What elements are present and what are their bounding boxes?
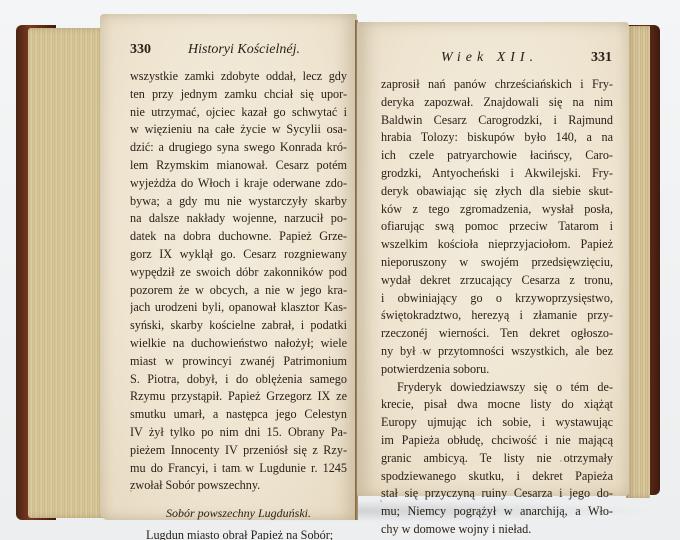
page-number-right: 331 [591,50,612,66]
text-line: smutku umarł, a następca jego Celestyn [130,406,347,424]
paper-speck [420,352,422,354]
text-line: Europy ujmując ich sobie, i wystawując [381,414,613,432]
text-line: ny był w przytomności wszystkich, ale be… [381,343,613,361]
text-line: ków z tego zgromadzenia, wysłał posła, [381,201,613,219]
text-line: chy w domowe wojny i nieład. [381,521,613,539]
text-line: nie utrzymać, ojciec kazał go schwytać i [130,104,347,122]
left-page-header: 330 Historyi Kościelnéj. [130,42,357,62]
text-line: świętokradztwo, herezyą i złamanie przy- [381,307,613,325]
page-edges-right [626,26,650,498]
text-line: gorz IX wyklął go. Cesarz rozgniewany [130,246,347,264]
text-line: wszystkie zamki zdobyte oddał, lecz gdy [130,68,347,86]
text-line: grodzki, Antyocheński i Akwilejski. Fry- [381,165,613,183]
book-photo: 330 Historyi Kościelnéj. wszystkie zamki… [0,0,680,540]
page-number-left: 330 [130,42,151,58]
text-line: wielkie na duchowieństwo nałożył; wiele [130,335,347,353]
text-line: rzeczonéj wierności. Ten dekret ogłoszo- [381,325,613,343]
text-line: pozorem że w obcych, a nie w jego kra- [130,282,347,300]
left-page: 330 Historyi Kościelnéj. wszystkie zamki… [100,14,357,520]
text-line: mu do Francyi, i tam w Lugdunie r. 1245 [130,460,347,478]
text-line: wydał dekret zrzucający Cesarza z tronu, [381,272,613,290]
text-line: zaprosił nań panów chrześciańskich i Fry… [381,76,613,94]
text-line: S. Piotra, dobył, i do oblężenia samego [130,371,347,389]
text-line: i obwiniający go o krzywoprzysięstwo, [381,290,613,308]
text-line: im Papieża obłudę, chciwość i nie mającą [381,432,613,450]
paper-speck [380,500,382,502]
text-line: bywa; a gdy mu nie wystarczyły skarby [130,193,347,211]
text-line: jach urodzeni byli, opanował klasztor Ka… [130,299,347,317]
text-line: pieżem Innocenty IV przeniósł się z Rzy- [130,442,347,460]
text-line: hrabia Tolozy: biskupów było 140, a na [381,129,613,147]
text-line: miast w prowincyi zwanéj Patrimonium [130,353,347,371]
text-line: Lugdun miasto obrał Papież na Sobór; [130,527,347,540]
running-head-left: Historyi Kościelnéj. [188,42,300,58]
paper-speck [130,490,132,492]
text-line: wypędził ze swoich dóbr zakonników pod [130,264,347,282]
paper-speck [580,345,582,347]
text-line: stał się przyczyną ruiny Cesarza i jego … [381,485,613,503]
text-line: dzić: a drugiego syna swego Konrada kró- [130,139,347,157]
text-line: wszelkim kościoła nieprzyjaciołom. Papie… [381,236,613,254]
running-head-right: Wiek XII. [441,50,538,66]
text-line: IV żył tylko po nim dni 15. Obrany Pa- [130,424,347,442]
text-line: syński, skarby kościelne zabrał, i podat… [130,317,347,335]
text-line: ofiarując swą pomoc przeciw Tatarom i [381,218,613,236]
text-line: ten przy jednym zamku chciał się upor- [130,86,347,104]
text-line: Rzymu przystąpił. Papież Grzegorz IX ze [130,388,347,406]
text-line: nieporuszony w swojém przedsięwzięciu, [381,254,613,272]
page-edges-left [28,28,106,518]
left-page-body: wszystkie zamki zdobyte oddał, lecz gdy … [130,68,347,540]
text-line: w więzieniu na całe życie w Sycylii osa- [130,121,347,139]
text-line: zwołał Sobór powszechny. [130,477,347,495]
right-page-header: Wiek XII. 331 [381,50,629,70]
text-line: krecie, pisał dwa mocne listy do xiążąt [381,396,613,414]
right-page-body: zaprosił nań panów chrześciańskich i Fry… [381,76,613,539]
text-line: granic ambicyą. Te listy nie otrzymały [381,450,613,468]
text-line: na dalsze nakłady wojenne, narzucił po- [130,210,347,228]
text-line: ich czele patryarchowie łacińscy, Caro- [381,147,613,165]
section-heading: Sobór powszechny Lugduński. [130,505,347,523]
text-line: deryk obawiając się złych dla siebie sku… [381,183,613,201]
text-line: deryka zapozwał. Znajdowali się na nim [381,94,613,112]
text-line: lem Rzymskim mianował. Cesarz potém [130,157,347,175]
text-line: potwierdzenia soboru. [381,361,613,379]
text-line: datek na dobra duchowne. Papież Grze- [130,228,347,246]
right-page: Wiek XII. 331 zaprosił nań panów chrześc… [357,22,629,496]
text-line: Fryderyk dowiedziawszy się o tém de- [381,379,613,397]
paper-speck [560,460,562,462]
text-line: spodziewanego skutku, i dekret Papieża [381,468,613,486]
paper-speck [240,470,242,472]
text-line: wyjeżdża do Włoch i kraje oderwane zdo- [130,175,347,193]
text-line: mu; Niemcy pogrążył w anarchiją, a Wło- [381,503,613,521]
text-line: Baldwin Cesarz Carogrodzki, i Rajmund [381,112,613,130]
